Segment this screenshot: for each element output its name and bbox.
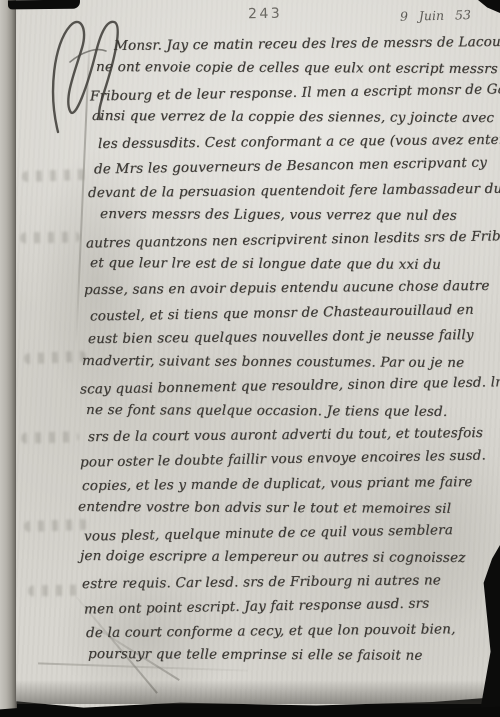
text-line: ne se font sans quelque occasion. Je tie… xyxy=(86,402,488,429)
text-line: devant de la persuasion quentendoit fere… xyxy=(88,181,488,210)
binding-page-edge xyxy=(0,0,17,717)
text-line: ainsi que verrez de la coppie des sienne… xyxy=(92,108,488,135)
text-line: eust bien sceu quelques nouvelles dont j… xyxy=(88,327,488,356)
text-line: jen doige escripre a lempereur ou autres… xyxy=(80,548,488,575)
handwritten-text-block: Monsr. Jay ce matin receu des lres de me… xyxy=(92,36,488,671)
date-annotation: 9 Juin 53 xyxy=(400,7,471,24)
ink-showthrough xyxy=(24,351,86,365)
ink-showthrough xyxy=(20,231,80,243)
text-line: copies, et les y mande de duplicat, vous… xyxy=(82,474,488,503)
text-line: de la court conforme a cecy, et que lon … xyxy=(86,620,488,649)
ink-showthrough xyxy=(22,169,88,182)
text-line: et que leur lre est de si longue date qu… xyxy=(90,255,488,282)
manuscript-photo: 243 9 Juin 53 Monsr. Jay ce matin receu … xyxy=(0,0,500,717)
ink-showthrough xyxy=(21,431,79,444)
ink-showthrough xyxy=(28,585,83,597)
text-line: Monsr. Jay ce matin receu des lres de me… xyxy=(114,34,488,62)
text-line: poursuyr que telle emprinse si elle se f… xyxy=(88,646,488,673)
folio-number: 243 xyxy=(248,6,283,23)
